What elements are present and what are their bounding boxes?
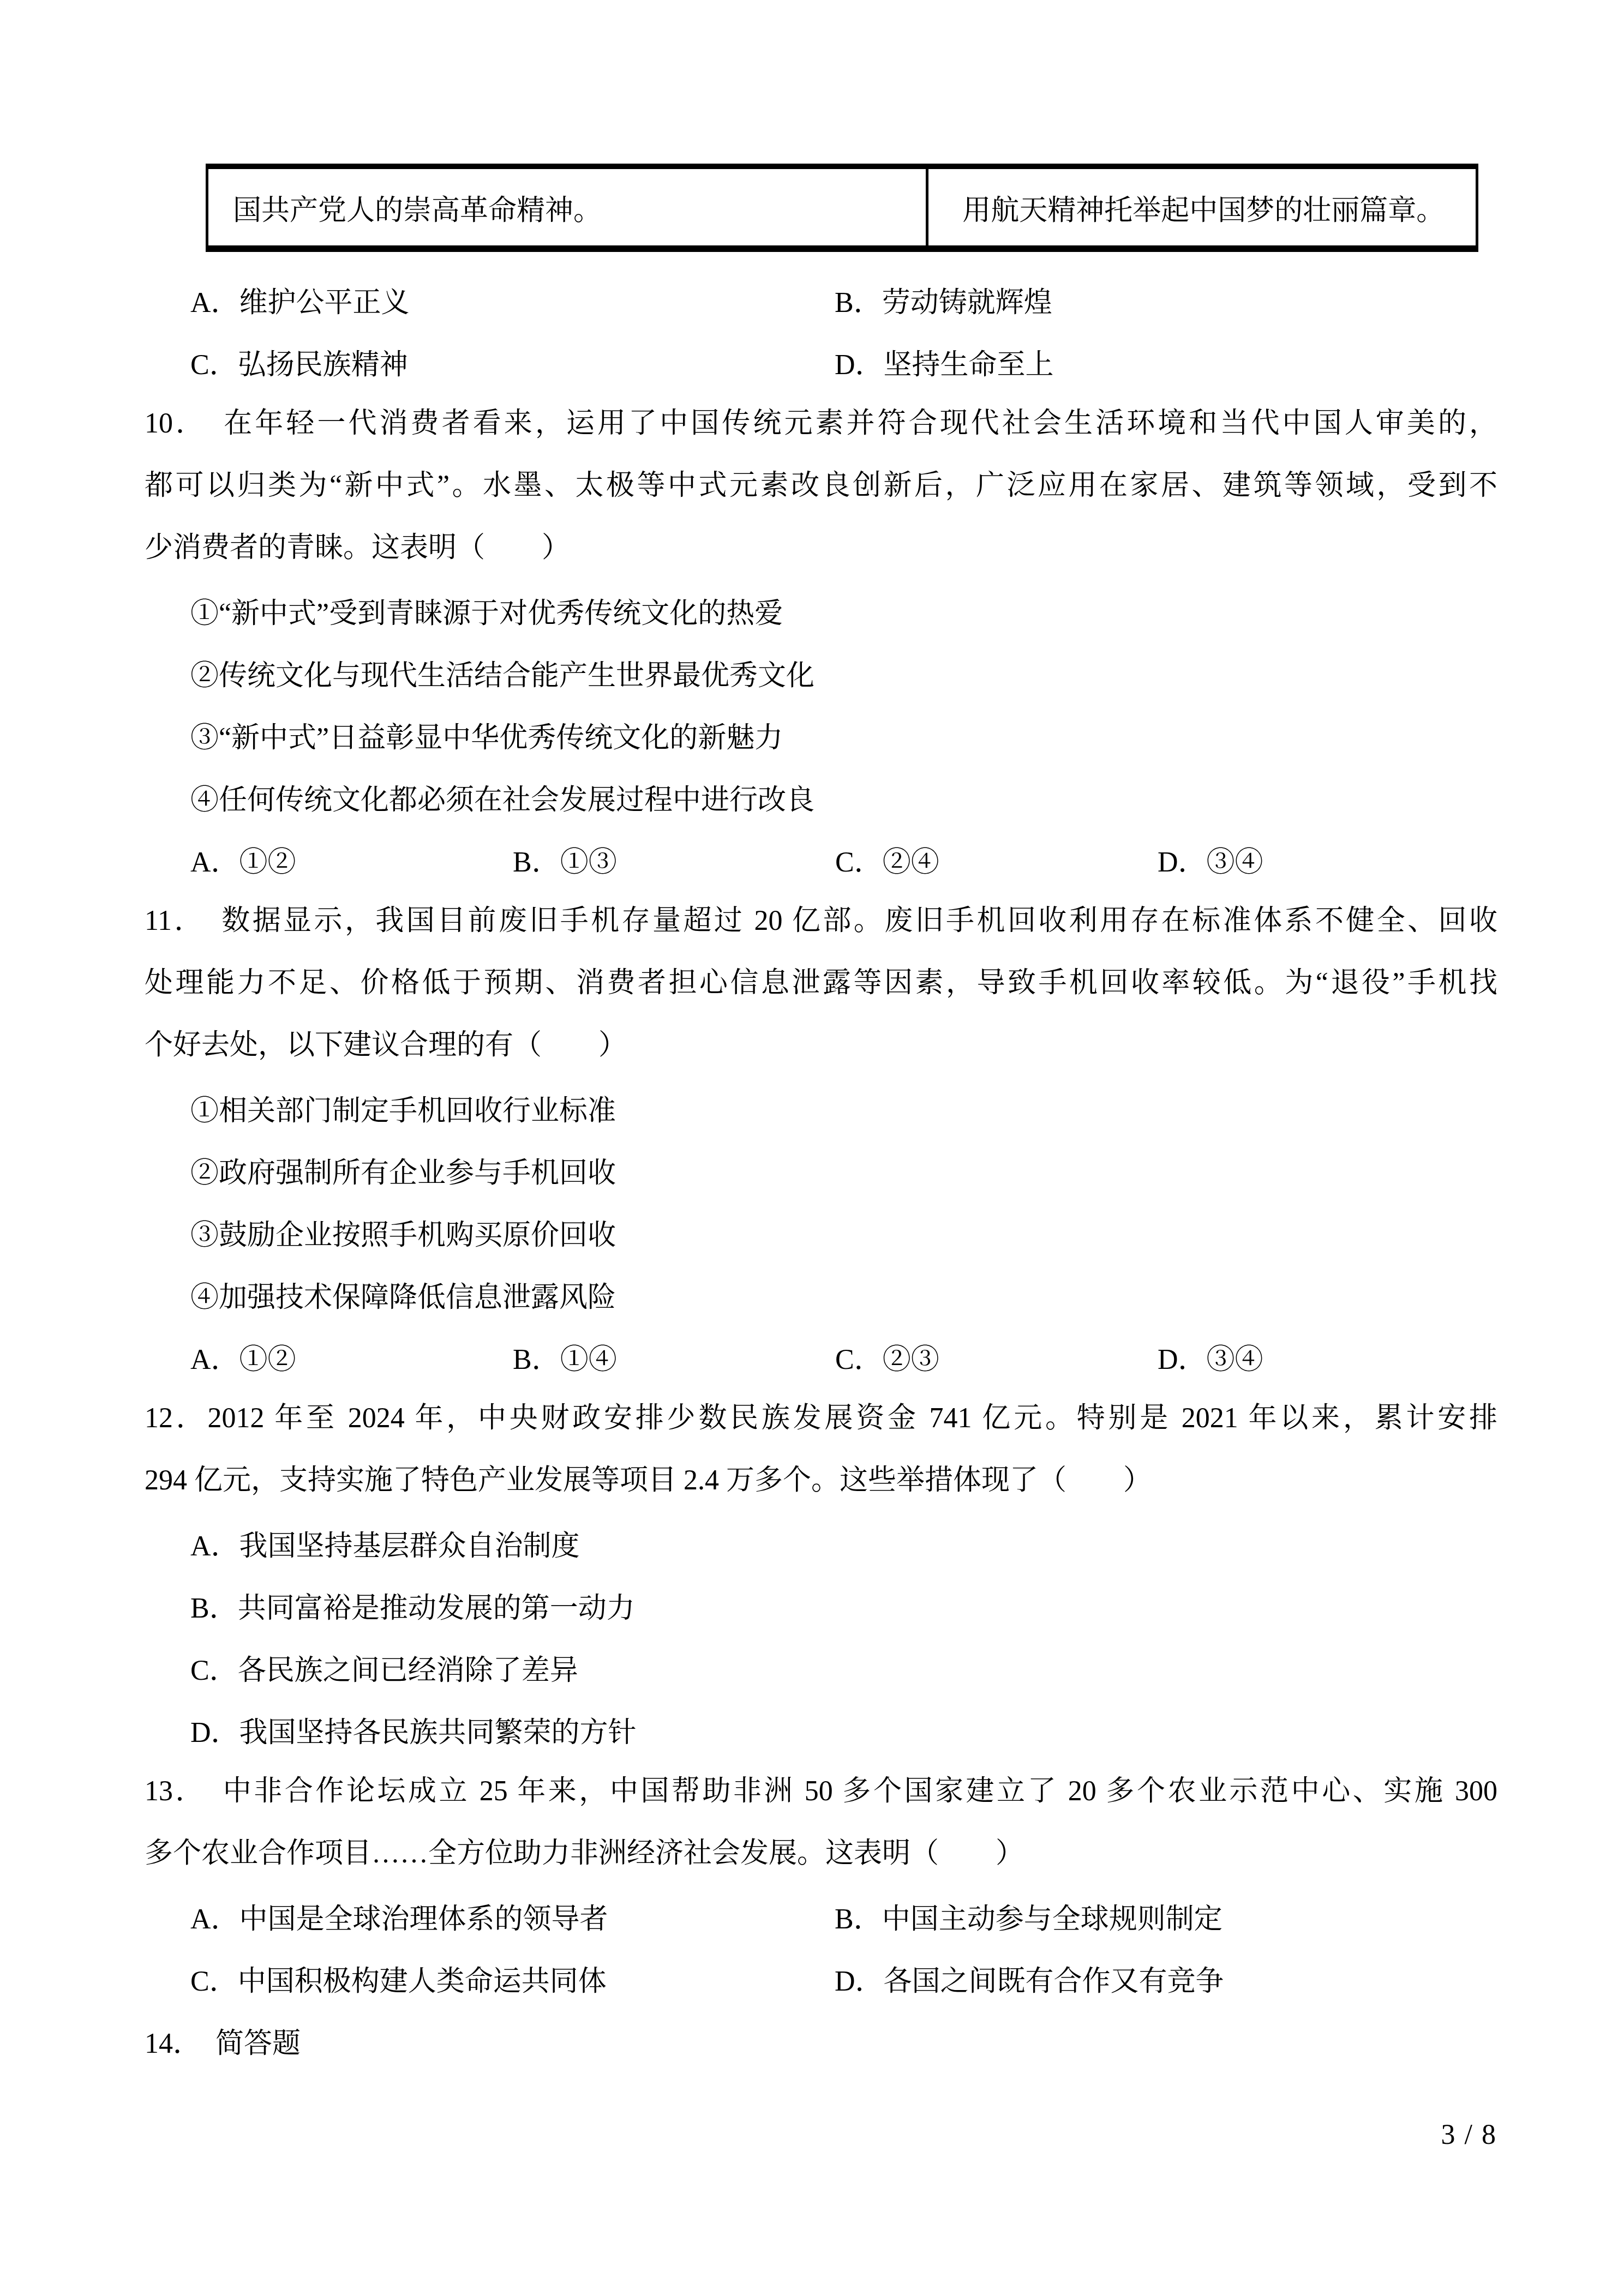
q11-suboption-2: ②政府强制所有企业参与手机回收 bbox=[145, 1139, 1497, 1201]
q10-answer-c: C．②④ bbox=[835, 839, 1158, 880]
q11-stem-line-1: 11． 数据显示，我国目前废旧手机存量超过 20 亿部。废旧手机回收利用存在标准… bbox=[145, 890, 1497, 952]
q11-stem-line-2: 处理能力不足、价格低于预期、消费者担心信息泄露等因素，导致手机回收率较低。为“退… bbox=[145, 952, 1497, 1014]
question9-table: 国共产党人的崇高革命精神。 用航天精神托举起中国梦的壮丽篇章。 bbox=[206, 164, 1478, 252]
q11-suboption-3-text: ③鼓励企业按照手机购买原价回收 bbox=[190, 1212, 616, 1253]
q10-suboption-1-text: ①“新中式”受到青睐源于对优秀传统文化的热爱 bbox=[190, 590, 783, 631]
q14-heading: 14． 简答题 bbox=[145, 2009, 1497, 2071]
q12-option-c: C．各民族之间已经消除了差异 bbox=[145, 1636, 1497, 1698]
q13-option-c: C．中国积极构建人类命运共同体 bbox=[190, 1958, 835, 1999]
exam-page: 国共产党人的崇高革命精神。 用航天精神托举起中国梦的壮丽篇章。 A．维护公平正义… bbox=[0, 0, 1624, 2296]
q12-option-a: A．我国坚持基层群众自治制度 bbox=[145, 1512, 1497, 1574]
q9-option-b: B．劳动铸就辉煌 bbox=[835, 279, 1052, 320]
q12-stem-line-1: 12．2012 年至 2024 年，中央财政安排少数民族发展资金 741 亿元。… bbox=[145, 1387, 1497, 1450]
q9-option-d: D．坚持生命至上 bbox=[835, 341, 1054, 382]
q10-suboption-1: ①“新中式”受到青睐源于对优秀传统文化的热爱 bbox=[145, 579, 1497, 641]
q11-suboption-4-text: ④加强技术保障降低信息泄露风险 bbox=[190, 1274, 616, 1315]
q10-stem-line-3: 少消费者的青睐。这表明（ ） bbox=[145, 517, 1497, 579]
q13-option-b: B．中国主动参与全球规则制定 bbox=[835, 1896, 1223, 1937]
q11-answer-row: A．①② B．①④ C．②③ D．③④ bbox=[145, 1325, 1497, 1387]
q12-option-b-text: B．共同富裕是推动发展的第一动力 bbox=[190, 1585, 635, 1626]
q9-option-c: C．弘扬民族精神 bbox=[190, 341, 835, 382]
q9-option-row-2: C．弘扬民族精神 D．坚持生命至上 bbox=[145, 330, 1497, 393]
q10-suboption-3-text: ③“新中式”日益彰显中华优秀传统文化的新魅力 bbox=[190, 714, 783, 755]
table-cell-left: 国共产党人的崇高革命精神。 bbox=[207, 166, 927, 249]
q13-option-d: D．各国之间既有合作又有竞争 bbox=[835, 1958, 1224, 1999]
q10-suboption-4-text: ④任何传统文化都必须在社会发展过程中进行改良 bbox=[190, 777, 814, 818]
page-number: 3 / 8 bbox=[1441, 2119, 1497, 2151]
table-cell-right: 用航天精神托举起中国梦的壮丽篇章。 bbox=[927, 166, 1477, 249]
q11-stem-line-3: 个好去处，以下建议合理的有（ ） bbox=[145, 1014, 1497, 1077]
q13-stem-line-2: 多个农业合作项目……全方位助力非洲经济社会发展。这表明（ ） bbox=[145, 1823, 1497, 1885]
q12-option-b: B．共同富裕是推动发展的第一动力 bbox=[145, 1574, 1497, 1636]
q12-option-d-text: D．我国坚持各民族共同繁荣的方针 bbox=[190, 1709, 637, 1750]
q10-answer-b: B．①③ bbox=[513, 839, 835, 880]
q10-answer-row: A．①② B．①③ C．②④ D．③④ bbox=[145, 828, 1497, 890]
q12-stem-line-2: 294 亿元，支持实施了特色产业发展等项目 2.4 万多个。这些举措体现了（ ） bbox=[145, 1450, 1497, 1512]
q11-suboption-1: ①相关部门制定手机回收行业标准 bbox=[145, 1077, 1497, 1139]
q12-option-d: D．我国坚持各民族共同繁荣的方针 bbox=[145, 1698, 1497, 1760]
q13-stem-line-1: 13． 中非合作论坛成立 25 年来，中国帮助非洲 50 多个国家建立了 20 … bbox=[145, 1760, 1497, 1823]
q11-answer-b: B．①④ bbox=[513, 1336, 835, 1377]
q10-stem-line-2: 都可以归类为“新中式”。水墨、太极等中式元素改良创新后，广泛应用在家居、建筑等领… bbox=[145, 455, 1497, 517]
q11-suboption-2-text: ②政府强制所有企业参与手机回收 bbox=[190, 1150, 616, 1191]
q10-answer-d: D．③④ bbox=[1158, 839, 1263, 880]
q11-suboption-1-text: ①相关部门制定手机回收行业标准 bbox=[190, 1087, 616, 1128]
q11-suboption-4: ④加强技术保障降低信息泄露风险 bbox=[145, 1263, 1497, 1325]
q14-heading-text: 14． 简答题 bbox=[145, 2020, 301, 2061]
q13-option-row-1: A．中国是全球治理体系的领导者 B．中国主动参与全球规则制定 bbox=[145, 1885, 1497, 1947]
q11-answer-c: C．②③ bbox=[835, 1336, 1158, 1377]
question9-table-row: 国共产党人的崇高革命精神。 用航天精神托举起中国梦的壮丽篇章。 bbox=[207, 166, 1477, 249]
q11-suboption-3: ③鼓励企业按照手机购买原价回收 bbox=[145, 1201, 1497, 1263]
q13-option-row-2: C．中国积极构建人类命运共同体 D．各国之间既有合作又有竞争 bbox=[145, 1947, 1497, 2009]
q10-suboption-3: ③“新中式”日益彰显中华优秀传统文化的新魅力 bbox=[145, 704, 1497, 766]
q10-answer-a: A．①② bbox=[190, 839, 513, 880]
q11-answer-d: D．③④ bbox=[1158, 1336, 1263, 1377]
q12-option-c-text: C．各民族之间已经消除了差异 bbox=[190, 1647, 578, 1688]
q10-suboption-4: ④任何传统文化都必须在社会发展过程中进行改良 bbox=[145, 766, 1497, 828]
exam-content: 国共产党人的崇高革命精神。 用航天精神托举起中国梦的壮丽篇章。 A．维护公平正义… bbox=[145, 164, 1497, 2071]
q10-suboption-2-text: ②传统文化与现代生活结合能产生世界最优秀文化 bbox=[190, 652, 814, 693]
q12-option-a-text: A．我国坚持基层群众自治制度 bbox=[190, 1523, 580, 1564]
q10-stem-line-1: 10． 在年轻一代消费者看来，运用了中国传统元素并符合现代社会生活环境和当代中国… bbox=[145, 393, 1497, 455]
q10-suboption-2: ②传统文化与现代生活结合能产生世界最优秀文化 bbox=[145, 641, 1497, 704]
q9-option-a: A．维护公平正义 bbox=[190, 279, 835, 320]
q13-option-a: A．中国是全球治理体系的领导者 bbox=[190, 1896, 835, 1937]
q9-option-row-1: A．维护公平正义 B．劳动铸就辉煌 bbox=[145, 268, 1497, 330]
q11-answer-a: A．①② bbox=[190, 1336, 513, 1377]
